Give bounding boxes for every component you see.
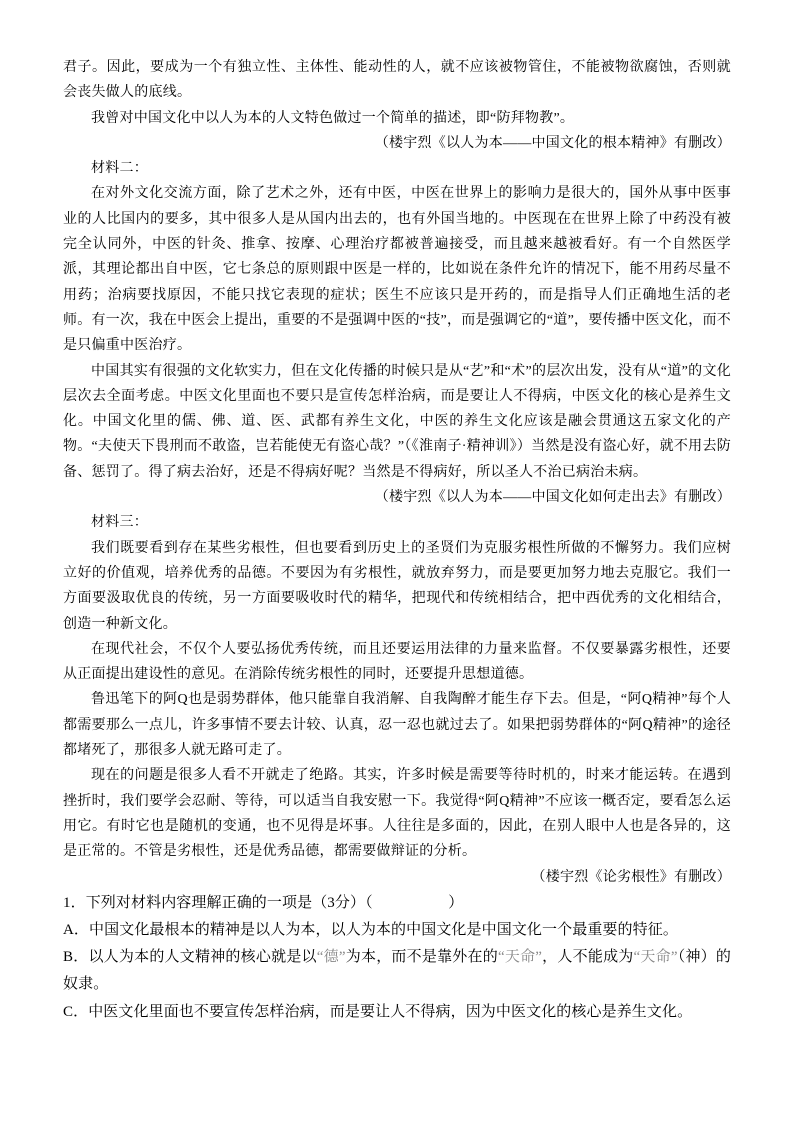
question1-stem: 1．下列对材料内容理解正确的一项是（3分）（ ） [63, 890, 731, 917]
material-one-citation: （楼宇烈《以人为本——中国文化的根本精神》有删改） [63, 131, 731, 156]
material-three-citation: （楼宇烈《论劣根性》有删改） [63, 865, 731, 890]
option-b-quoted-term: “德” [317, 949, 346, 965]
option-b-text-segment: 为本，而不是靠外在的 [346, 949, 498, 965]
material-three-paragraph-2: 在现代社会，不仅个人要弘扬优秀传统，而且还要运用法律的力量来监督。不仅要暴露劣根… [63, 637, 731, 688]
material-two-label: 材料二： [63, 156, 731, 181]
material-two-citation: （楼宇烈《以人为本——中国文化如何走出去》有删改） [63, 485, 731, 510]
question1-option-b: B．以人为本的人文精神的核心就是以“德”为本，而不是靠外在的“天命”，人不能成为… [63, 944, 731, 998]
option-b-text-segment: B．以人为本的人文精神的核心就是以 [63, 949, 317, 965]
exam-page: 君子。因此，要成为一个有独立性、主体性、能动性的人，就不应该被物管住，不能被物欲… [0, 0, 794, 1123]
material-one-summary-paragraph: 我曾对中国文化中以人为本的人文特色做过一个简单的描述，即“防拜物教”。 [63, 106, 731, 131]
material-three-label: 材料三： [63, 510, 731, 535]
question-section: 1．下列对材料内容理解正确的一项是（3分）（ ） A．中国文化最根本的精神是以人… [63, 890, 731, 1026]
question1-option-c: C．中医文化里面也不要宣传怎样治病，而是要让人不得病，因为中医文化的核心是养生文… [63, 999, 731, 1026]
question1-option-a: A．中国文化最根本的精神是以人为本，以人为本的中国文化是中国文化一个最重要的特征… [63, 917, 731, 944]
material-three-paragraph-3: 鲁迅笔下的阿Q也是弱势群体，他只能靠自我消解、自我陶醉才能生存下去。但是，“阿Q… [63, 687, 731, 763]
material-two-paragraph-1: 在对外文化交流方面，除了艺术之外，还有中医，中医在世界上的影响力是很大的，国外从… [63, 181, 731, 358]
option-b-quoted-term: “天命” [634, 949, 678, 965]
material-three-paragraph-4: 现在的问题是很多人看不开就走了绝路。其实，许多时候是需要等待时机的，时来才能运转… [63, 763, 731, 864]
option-b-quoted-term: “天命” [498, 949, 542, 965]
material-two-paragraph-2: 中国其实有很强的文化软实力，但在文化传播的时候只是从“艺”和“术”的层次出发，没… [63, 359, 731, 485]
material-three-paragraph-1: 我们既要看到存在某些劣根性，但也要看到历史上的圣贤们为克服劣根性所做的不懈努力。… [63, 536, 731, 637]
reading-materials: 君子。因此，要成为一个有独立性、主体性、能动性的人，就不应该被物管住，不能被物欲… [63, 55, 731, 890]
material-one-continuation-paragraph: 君子。因此，要成为一个有独立性、主体性、能动性的人，就不应该被物管住，不能被物欲… [63, 55, 731, 106]
option-b-text-segment: ，人不能成为 [542, 949, 633, 965]
